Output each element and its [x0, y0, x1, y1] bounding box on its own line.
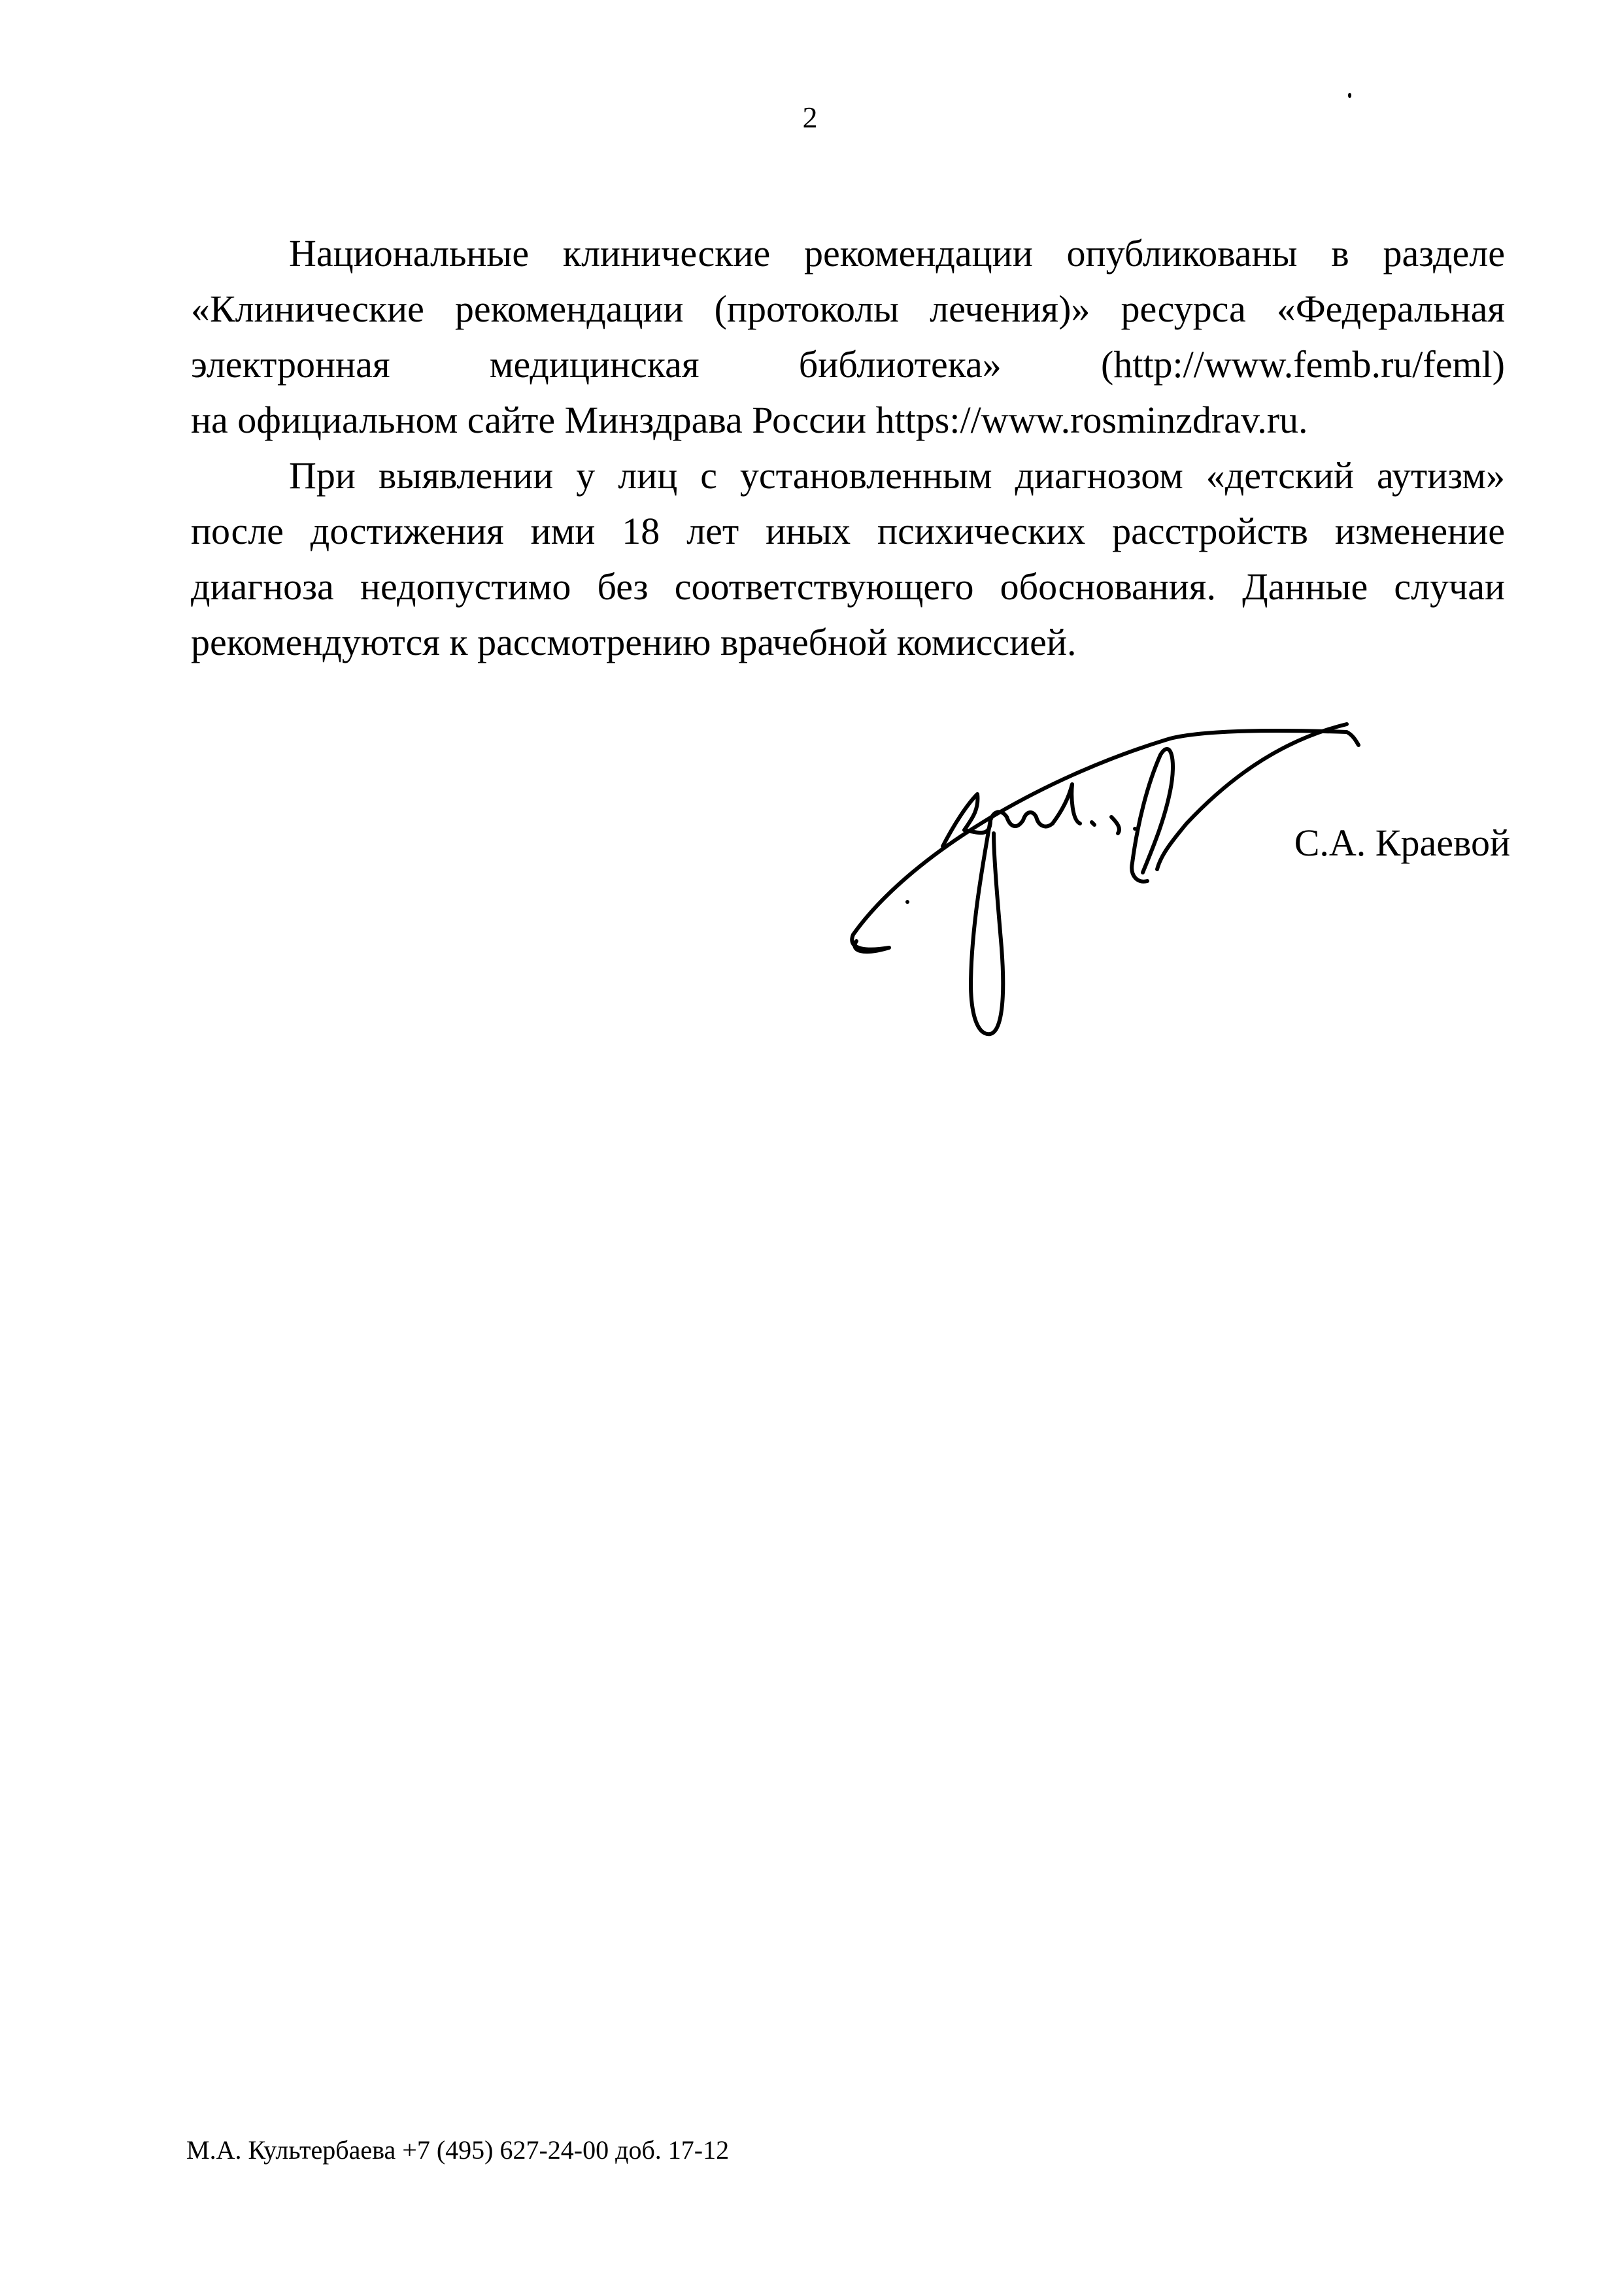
paragraph-line: диагноза недопустимо без соответствующег… [191, 559, 1505, 614]
signer-name: С.А. Краевой [1294, 817, 1510, 869]
paragraph-line: рекомендуются к рассмотрению врачебной к… [191, 614, 1505, 670]
paragraph-line: «Клинические рекомендации (протоколы леч… [191, 281, 1505, 337]
scan-artifact-dot [1348, 93, 1351, 98]
letter-body: Национальные клинические рекомендации оп… [191, 225, 1505, 670]
paragraph-line: после достижения ими 18 лет иных психиче… [191, 503, 1505, 559]
paragraph-line: При выявлении у лиц с установленным диаг… [191, 448, 1505, 503]
paragraph-autism-diagnosis: При выявлении у лиц с установленным диаг… [191, 448, 1505, 670]
document-page: 2 Национальные клинические рекомендации … [0, 0, 1620, 2296]
paragraph-line-with-link: электронная медицинская библиотека» (htt… [191, 337, 1505, 392]
paragraph-clinical-guidelines: Национальные клинические рекомендации оп… [191, 225, 1505, 448]
page-number: 2 [0, 98, 1620, 137]
paragraph-line-with-link: на официальном сайте Минздрава России ht… [191, 392, 1505, 448]
signature-block: С.А. Краевой [830, 712, 1510, 1059]
paragraph-line: Национальные клинические рекомендации оп… [191, 225, 1505, 281]
handwritten-signature-icon [830, 712, 1510, 1059]
contact-footer: М.А. Культербаева +7 (495) 627-24-00 доб… [186, 2134, 729, 2167]
